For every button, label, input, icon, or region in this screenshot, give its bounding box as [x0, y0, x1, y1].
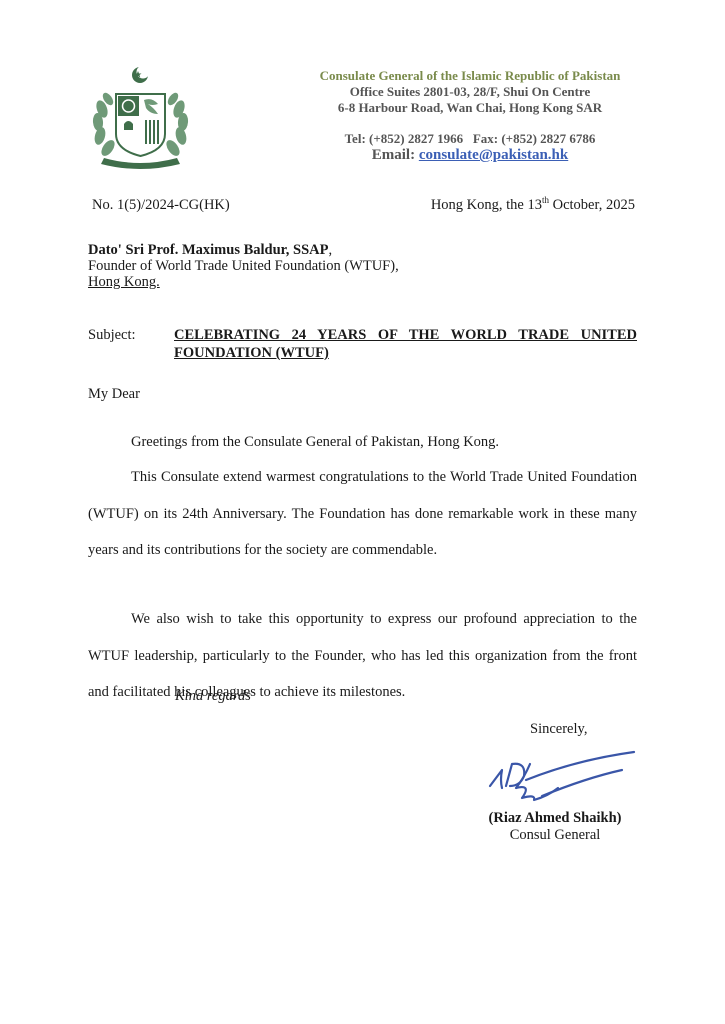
- letterhead-organization: Consulate General of the Islamic Republi…: [300, 68, 640, 84]
- paragraph-greeting: Greetings from the Consulate General of …: [88, 424, 637, 461]
- date-prefix: Hong Kong, the 13: [431, 197, 542, 213]
- signer-title: Consul General: [480, 826, 630, 844]
- letter-date: Hong Kong, the 13th October, 2025: [431, 196, 635, 214]
- date-rest: October, 2025: [549, 197, 635, 213]
- paragraph-appreciation: We also wish to take this opportunity to…: [88, 601, 637, 711]
- date-ordinal: th: [542, 195, 549, 205]
- addressee-city: Hong Kong.: [88, 273, 160, 291]
- letterhead-email: Email: consulate@pakistan.hk: [300, 146, 640, 165]
- subject-line1: CELEBRATING 24 YEARS OF THE WORLD TRADE …: [174, 326, 637, 344]
- paragraph-congratulations: This Consulate extend warmest congratula…: [88, 459, 637, 569]
- subject-line2: FOUNDATION (WTUF): [174, 345, 329, 361]
- tel-fax-text: Tel: (+852) 2827 1966 Fax: (+852) 2827 6…: [345, 131, 596, 146]
- signer-name: (Riaz Ahmed Shaikh): [480, 809, 630, 827]
- subject-text: CELEBRATING 24 YEARS OF THE WORLD TRADE …: [174, 326, 637, 362]
- state-emblem-icon: [88, 64, 193, 172]
- kind-regards: Kind regards: [175, 687, 251, 705]
- subject-label: Subject:: [88, 326, 136, 344]
- addressee-name-comma: ,: [328, 242, 332, 258]
- letterhead-address-line1: Office Suites 2801-03, 28/F, Shui On Cen…: [300, 84, 640, 100]
- signature-icon: [486, 748, 636, 808]
- email-label: Email:: [372, 147, 419, 163]
- reference-number: No. 1(5)/2024-CG(HK): [92, 196, 230, 214]
- salutation: My Dear: [88, 385, 140, 403]
- email-link[interactable]: consulate@pakistan.hk: [419, 147, 568, 163]
- letterhead-address-line2: 6-8 Harbour Road, Wan Chai, Hong Kong SA…: [300, 100, 640, 116]
- addressee-name-text: Dato' Sri Prof. Maximus Baldur, SSAP: [88, 242, 328, 258]
- letterhead-tel-fax: Tel: (+852) 2827 1966 Fax: (+852) 2827 6…: [300, 131, 640, 147]
- sincerely: Sincerely,: [530, 720, 587, 738]
